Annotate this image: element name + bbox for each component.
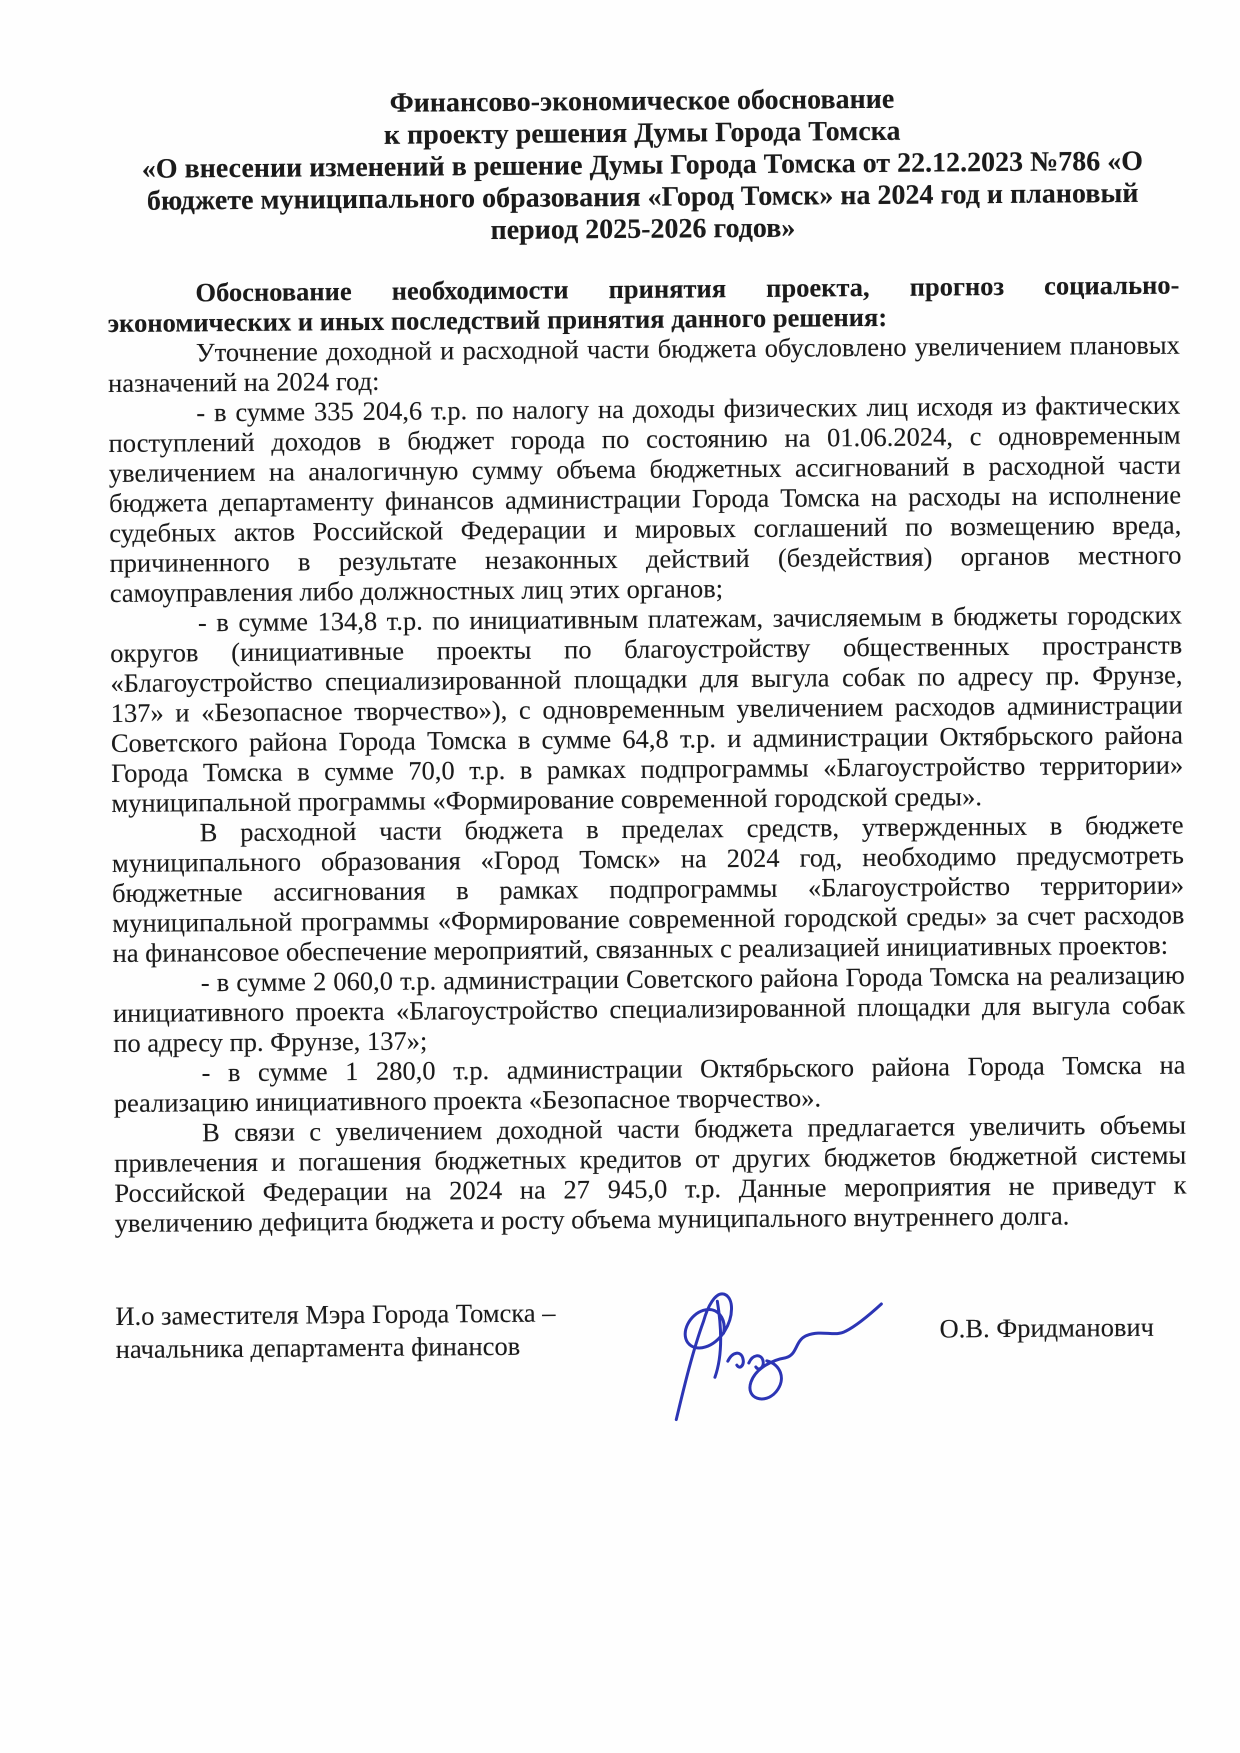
section-heading: Обоснование необходимости принятия проек…	[107, 270, 1179, 338]
scanned-content: Финансово-экономическое обоснование к пр…	[0, 0, 1240, 1753]
signatory-name: О.В. Фридманович	[939, 1312, 1154, 1345]
handwritten-signature-icon	[631, 1280, 892, 1428]
para-intro: Уточнение доходной и расходной части бюд…	[108, 330, 1180, 398]
para-expenditure-provision: В расходной части бюджета в пределах сре…	[112, 810, 1185, 968]
para-budget-credits: В связи с увеличением доходной части бюд…	[114, 1110, 1187, 1238]
signature-stroke	[675, 1293, 882, 1420]
para-oktyabrsky-district: - в сумме 1 280,0 т.р. администрации Окт…	[113, 1050, 1185, 1118]
text-column: Финансово-экономическое обоснование к пр…	[106, 82, 1187, 1238]
signature-block: И.о заместителя Мэра Города Томска – нач…	[115, 1292, 1189, 1500]
document-page: Финансово-экономическое обоснование к пр…	[0, 0, 1240, 1753]
para-sovetsky-district: - в сумме 2 060,0 т.р. администрации Сов…	[113, 960, 1186, 1058]
para-ndfl-increase: - в сумме 335 204,6 т.р. по налогу на до…	[108, 390, 1182, 608]
doc-title-subject: «О внесении изменений в решение Думы Гор…	[106, 146, 1179, 250]
para-initiative-payments: - в сумме 134,8 т.р. по инициативным пла…	[110, 600, 1184, 818]
